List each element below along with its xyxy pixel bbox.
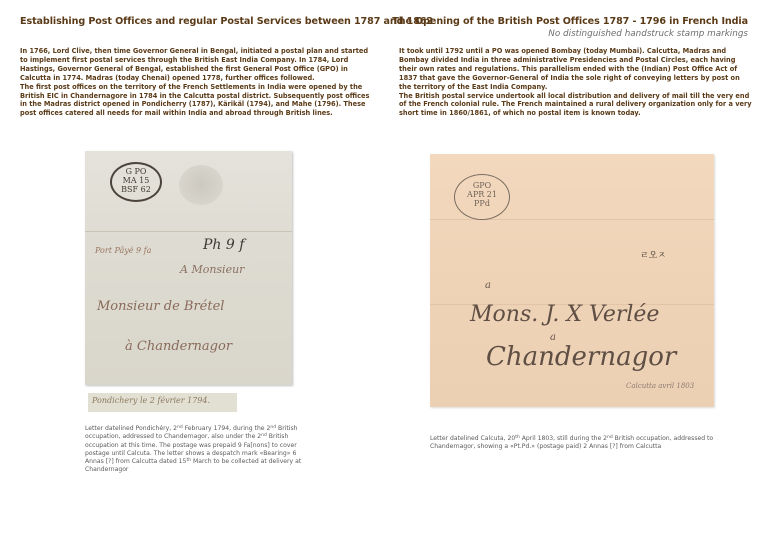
paper-fold xyxy=(85,231,292,232)
left-paragraph-2: The first post offices on the territory … xyxy=(20,83,370,119)
postmark-stamp: GPO APR 21 PPd xyxy=(454,174,510,220)
handwriting-line: a xyxy=(485,280,491,291)
stamp-line: BSF 62 xyxy=(112,185,160,194)
handwriting-line: à Chandernagor xyxy=(125,339,232,354)
caption-text: Letter datelined Pondichéry, 2 xyxy=(85,425,177,432)
letter-image-pondichery: G PO MA 15 BSF 62 Ph 9 f Port Pâyé 9 fa … xyxy=(85,151,292,385)
dateline-snippet: Pondichery le 2 février 1794. xyxy=(88,393,237,412)
postage-mark: Ph 9 f xyxy=(203,237,244,253)
right-letter-caption: Letter datelined Calcuta, 20th April 180… xyxy=(430,435,715,452)
caption-text: Letter datelined Calcuta, 20 xyxy=(430,435,515,442)
caption-text: February 1794, during the 2 xyxy=(183,425,271,432)
right-paragraph-1: It took until 1792 until a PO was opened… xyxy=(399,47,754,92)
handwriting-line: Mons. J. X Verlée xyxy=(470,302,659,327)
letter-image-calcutta: GPO APR 21 PPd ㄹ오ㅈ a Mons. J. X Verlée a… xyxy=(430,154,714,407)
handwriting-line: A Monsieur xyxy=(180,263,244,276)
caption-text: April 1803, still during the 2 xyxy=(520,435,607,442)
left-letter-caption: Letter datelined Pondichéry, 2nd Februar… xyxy=(85,425,310,475)
stamp-line: MA 15 xyxy=(112,176,160,185)
wax-seal xyxy=(179,165,223,205)
right-page-title: The Opening of the British Post Offices … xyxy=(392,16,748,27)
postmark-stamp: G PO MA 15 BSF 62 xyxy=(110,162,162,202)
right-body-text: It took until 1792 until a PO was opened… xyxy=(399,47,754,118)
left-body-text: In 1766, Lord Clive, then time Governor … xyxy=(20,47,370,118)
stamp-line: PPd xyxy=(455,199,509,208)
pencil-note: Calcutta avril 1803 xyxy=(626,382,694,390)
right-page-subtitle: No distinguished handstruck stamp markin… xyxy=(548,29,748,39)
stamp-line: APR 21 xyxy=(455,190,509,199)
rate-marking: ㄹ오ㅈ xyxy=(640,248,666,261)
left-page-title: Establishing Post Offices and regular Po… xyxy=(20,16,433,27)
left-paragraph-1: In 1766, Lord Clive, then time Governor … xyxy=(20,47,370,83)
handwriting-line: Port Pâyé 9 fa xyxy=(95,246,151,255)
handwriting-line: Monsieur de Brétel xyxy=(97,299,224,314)
stamp-line: G PO xyxy=(112,167,160,176)
stamp-line: GPO xyxy=(455,181,509,190)
right-paragraph-2: The British postal service undertook all… xyxy=(399,92,754,119)
handwriting-line: Chandernagor xyxy=(486,342,676,372)
paper-fold xyxy=(430,219,714,220)
dateline-text: Pondichery le 2 février 1794. xyxy=(92,396,210,405)
left-page: Establishing Post Offices and regular Po… xyxy=(0,0,384,543)
